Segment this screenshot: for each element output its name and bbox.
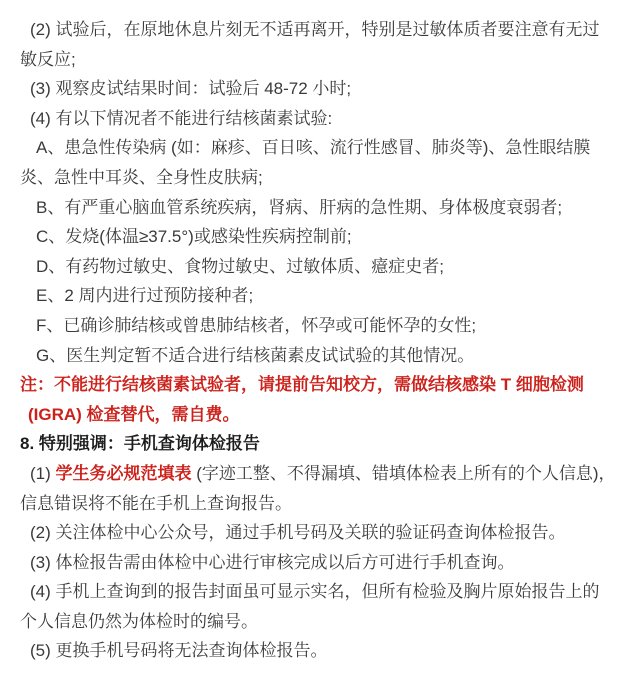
text-segment: (字迹工整、不得漏填、错填体检表上所有的个人信息)， xyxy=(192,464,616,483)
text-line-item: (3) 观察皮试结果时间：试验后 48-72 小时; xyxy=(20,74,622,104)
text-line-letter: B、有严重心脑血管系统疾病，肾病、肝病的急性期、身体极度衰弱者; xyxy=(20,193,622,223)
text-segment: C、发烧(体温≥37.5°)或感染性疾病控制前; xyxy=(36,227,352,246)
text-line-item: (4) 有以下情况者不能进行结核菌素试验: xyxy=(20,104,622,134)
text-line-item: (1) 学生务必规范填表 (字迹工整、不得漏填、错填体检表上所有的个人信息)， xyxy=(20,459,622,489)
text-line-cont: 炎、急性中耳炎、全身性皮肤病; xyxy=(20,163,622,193)
text-segment: 个人信息仍然为体检时的编号。 xyxy=(20,612,258,631)
text-segment: 注：不能进行结核菌素试验者，请提前告知校方，需做结核感染 T 细胞检测 xyxy=(20,375,584,394)
text-segment: 学生务必规范填表 xyxy=(56,464,192,483)
text-line-heading: 8. 特别强调：手机查询体检报告 xyxy=(20,429,622,459)
text-segment: (1) xyxy=(30,464,56,483)
text-segment: F、已确诊肺结核或曾患肺结核者，怀孕或可能怀孕的女性; xyxy=(36,316,476,335)
text-line-note: 注：不能进行结核菌素试验者，请提前告知校方，需做结核感染 T 细胞检测 xyxy=(20,370,622,400)
text-line-item: (4) 手机上查询到的报告封面虽可显示实名，但所有检验及胸片原始报告上的 xyxy=(20,577,622,607)
text-segment: (3) 观察皮试结果时间：试验后 48-72 小时; xyxy=(30,79,351,98)
text-line-letter: G、医生判定暂不适合进行结核菌素皮试试验的其他情况。 xyxy=(20,341,622,371)
text-segment: (4) 手机上查询到的报告封面虽可显示实名，但所有检验及胸片原始报告上的 xyxy=(30,582,600,601)
text-line-letter: C、发烧(体温≥37.5°)或感染性疾病控制前; xyxy=(20,222,622,252)
text-line-letter: A、患急性传染病 (如：麻疹、百日咳、流行性感冒、肺炎等)、急性眼结膜 xyxy=(20,133,622,163)
text-segment: (2) 关注体检中心公众号，通过手机号码及关联的验证码查询体检报告。 xyxy=(30,523,566,542)
text-segment: (5) 更换手机号码将无法查询体检报告。 xyxy=(30,641,328,660)
text-segment: 8. 特别强调：手机查询体检报告 xyxy=(20,434,260,453)
text-segment: E、2 周内进行过预防接种者; xyxy=(36,286,253,305)
text-segment: 敏反应; xyxy=(20,50,76,69)
text-line-letter: E、2 周内进行过预防接种者; xyxy=(20,281,622,311)
text-segment: (4) 有以下情况者不能进行结核菌素试验: xyxy=(30,109,332,128)
text-segment: 信息错误将不能在手机上查询报告。 xyxy=(20,494,292,513)
text-line-item: (2) 试验后，在原地休息片刻无不适再离开，特别是过敏体质者要注意有无过 xyxy=(20,15,622,45)
text-line-letter: D、有药物过敏史、食物过敏史、过敏体质、癔症史者; xyxy=(20,252,622,282)
text-segment: G、医生判定暂不适合进行结核菌素皮试试验的其他情况。 xyxy=(36,346,474,365)
text-segment: (IGRA) 检查替代，需自费。 xyxy=(28,405,240,424)
text-segment: B、有严重心脑血管系统疾病，肾病、肝病的急性期、身体极度衰弱者; xyxy=(36,198,562,217)
text-line-note2: (IGRA) 检查替代，需自费。 xyxy=(20,400,622,430)
text-segment: A、患急性传染病 (如：麻疹、百日咳、流行性感冒、肺炎等)、急性眼结膜 xyxy=(36,138,590,157)
text-segment: D、有药物过敏史、食物过敏史、过敏体质、癔症史者; xyxy=(36,257,444,276)
text-line-cont: 个人信息仍然为体检时的编号。 xyxy=(20,607,622,637)
text-segment: 炎、急性中耳炎、全身性皮肤病; xyxy=(20,168,263,187)
text-line-item: (5) 更换手机号码将无法查询体检报告。 xyxy=(20,636,622,666)
text-line-letter: F、已确诊肺结核或曾患肺结核者，怀孕或可能怀孕的女性; xyxy=(20,311,622,341)
document-page: (2) 试验后，在原地休息片刻无不适再离开，特别是过敏体质者要注意有无过敏反应;… xyxy=(0,0,640,690)
text-segment: (3) 体检报告需由体检中心进行审核完成以后方可进行手机查询。 xyxy=(30,553,515,572)
text-line-item: (2) 关注体检中心公众号，通过手机号码及关联的验证码查询体检报告。 xyxy=(20,518,622,548)
text-line-item: (3) 体检报告需由体检中心进行审核完成以后方可进行手机查询。 xyxy=(20,548,622,578)
text-line-cont: 信息错误将不能在手机上查询报告。 xyxy=(20,489,622,519)
text-line-cont: 敏反应; xyxy=(20,45,622,75)
text-segment: (2) 试验后，在原地休息片刻无不适再离开，特别是过敏体质者要注意有无过 xyxy=(30,20,600,39)
